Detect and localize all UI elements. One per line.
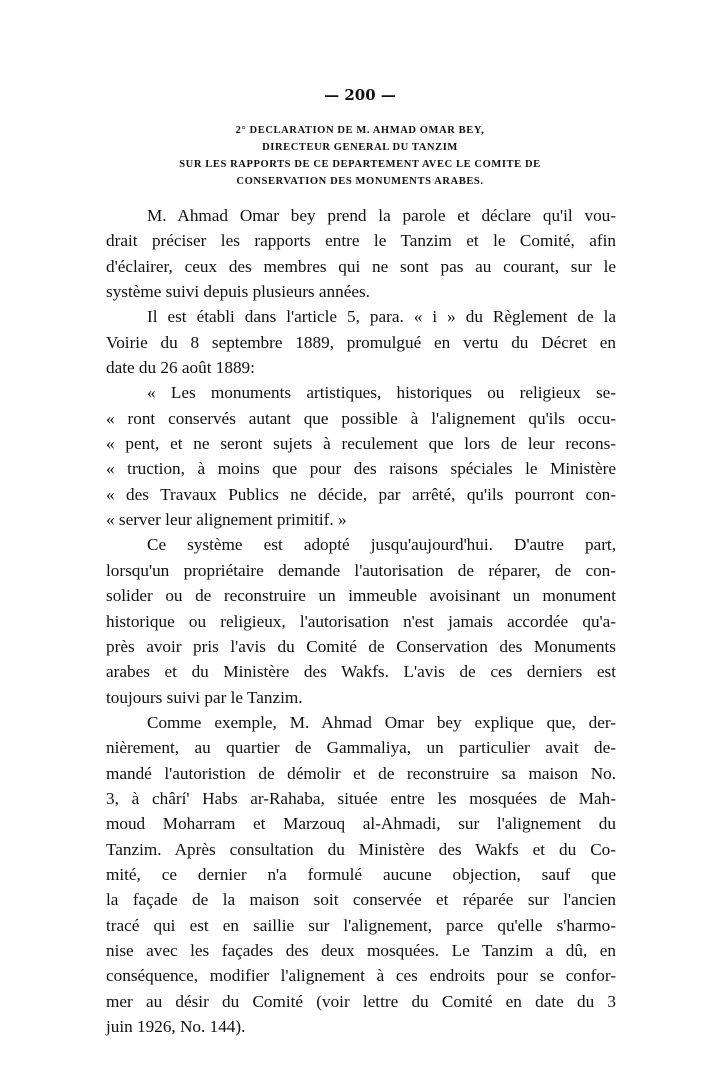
text-line: « truction, à moins que pour des raisons… bbox=[106, 456, 616, 481]
text-line: « Les monuments artistiques, historiques… bbox=[106, 380, 616, 405]
text-line: Ce système est adopté jusqu'aujourd'hui.… bbox=[106, 532, 616, 557]
text-line: toujours suivi par le Tanzim. bbox=[106, 685, 616, 710]
text-line: Tanzim. Après consultation du Ministère … bbox=[106, 837, 616, 862]
heading-line: CONSERVATION DES MONUMENTS ARABES. bbox=[0, 173, 720, 190]
text-line: tracé qui est en saillie sur l'alignemen… bbox=[106, 913, 616, 938]
text-line: historique ou religieux, l'autorisation … bbox=[106, 609, 616, 634]
text-line: « pent, et ne seront sujets à reculement… bbox=[106, 431, 616, 456]
text-line: mandé l'autoristion de démolir et de rec… bbox=[106, 761, 616, 786]
text-line: la façade de la maison soit conservée et… bbox=[106, 887, 616, 912]
text-line: solider ou de reconstruire un immeuble a… bbox=[106, 583, 616, 608]
text-line: M. Ahmad Omar bey prend la parole et déc… bbox=[106, 203, 616, 228]
page-number: — 200 — bbox=[0, 86, 720, 104]
text-line: Comme exemple, M. Ahmad Omar bey expliqu… bbox=[106, 710, 616, 735]
heading-line: SUR LES RAPPORTS DE CE DEPARTEMENT AVEC … bbox=[0, 156, 720, 173]
text-line: d'éclairer, ceux des membres qui ne sont… bbox=[106, 254, 616, 279]
section-heading: 2° DECLARATION DE M. AHMAD OMAR BEY, DIR… bbox=[0, 122, 720, 190]
text-line: « des Travaux Publics ne décide, par arr… bbox=[106, 482, 616, 507]
text-line: nise avec les façades des deux mosquées.… bbox=[106, 938, 616, 963]
text-line: système suivi depuis plusieurs années. bbox=[106, 279, 616, 304]
text-line: drait préciser les rapports entre le Tan… bbox=[106, 228, 616, 253]
text-line: moud Moharram et Marzouq al-Ahmadi, sur … bbox=[106, 811, 616, 836]
text-line: « server leur alignement primitif. » bbox=[106, 507, 616, 532]
text-line: 3, à chârí' Habs ar-Rahaba, située entre… bbox=[106, 786, 616, 811]
text-line: arabes et du Ministère des Wakfs. L'avis… bbox=[106, 659, 616, 684]
text-line: près avoir pris l'avis du Comité de Cons… bbox=[106, 634, 616, 659]
body-text: M. Ahmad Omar bey prend la parole et déc… bbox=[106, 203, 616, 1039]
text-line: « ront conservés autant que possible à l… bbox=[106, 406, 616, 431]
document-page: — 200 — 2° DECLARATION DE M. AHMAD OMAR … bbox=[0, 0, 720, 1068]
text-line: mité, ce dernier n'a formulé aucune obje… bbox=[106, 862, 616, 887]
heading-line: DIRECTEUR GENERAL DU TANZIM bbox=[0, 139, 720, 156]
text-line: juin 1926, No. 144). bbox=[106, 1014, 616, 1039]
text-line: nièrement, au quartier de Gammaliya, un … bbox=[106, 735, 616, 760]
heading-line: 2° DECLARATION DE M. AHMAD OMAR BEY, bbox=[0, 122, 720, 139]
text-line: date du 26 août 1889: bbox=[106, 355, 616, 380]
text-line: lorsqu'un propriétaire demande l'autoris… bbox=[106, 558, 616, 583]
text-line: mer au désir du Comité (voir lettre du C… bbox=[106, 989, 616, 1014]
text-line: Il est établi dans l'article 5, para. « … bbox=[106, 304, 616, 329]
text-line: conséquence, modifier l'alignement à ces… bbox=[106, 963, 616, 988]
text-line: Voirie du 8 septembre 1889, promulgué en… bbox=[106, 330, 616, 355]
